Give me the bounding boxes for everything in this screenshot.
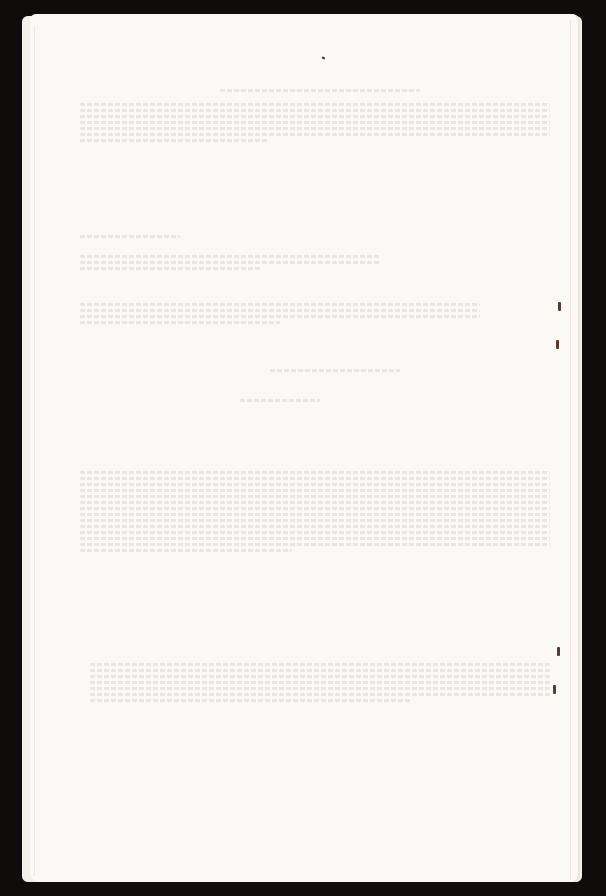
ghost-signature-line (270, 366, 400, 375)
ghost-indented-list (80, 252, 380, 273)
staple-mark (558, 302, 561, 311)
ghost-subheading (80, 232, 180, 241)
ghost-paragraph-4 (90, 660, 550, 705)
page-right-margin-line (570, 20, 571, 880)
staple-mark (556, 340, 559, 349)
ghost-paragraph-2 (80, 300, 480, 327)
staple-mark (553, 685, 556, 694)
ghost-paragraph-3 (80, 468, 550, 555)
ghost-heading (220, 86, 420, 95)
ghost-paragraph-1 (80, 100, 550, 145)
ghost-centered-label (240, 396, 320, 405)
staple-mark (557, 647, 560, 656)
page-fold-line (34, 26, 35, 876)
